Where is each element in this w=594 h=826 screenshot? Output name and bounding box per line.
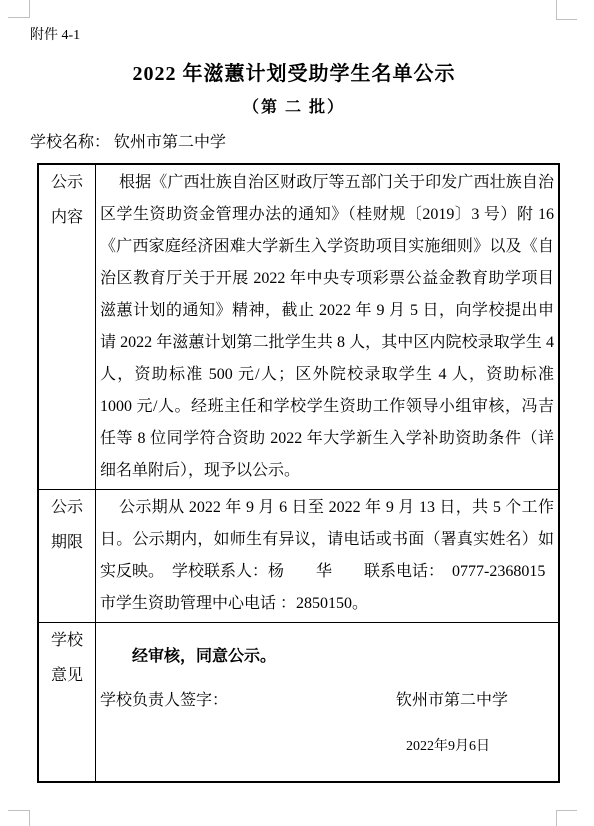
document-page: 附件 4-1 2022 年滋蕙计划受助学生名单公示 （第 二 批） 学校名称：钦… <box>0 0 594 826</box>
attachment-label: 附件 4-1 <box>30 27 558 45</box>
school-name-label: 学校名称： <box>30 134 110 151</box>
text-boundary-mark-top-left <box>8 0 30 18</box>
row-label-public-content: 公示内容 <box>50 165 84 235</box>
text-boundary-mark-top-right <box>556 0 577 20</box>
table-row-public-period: 公示期限 公示期从 2022 年 9 月 6 日至 2022 年 9 月 13 … <box>38 490 559 623</box>
row-label-cell: 学校意见 <box>38 623 96 783</box>
row-label-school-opinion: 学校意见 <box>50 623 84 693</box>
public-content-cell: 根据《广西壮族自治区财政厅等五部门关于印发广西壮族自治区学生资助资金管理办法的通… <box>96 164 560 490</box>
public-period-phone-line: 市学生资助管理中心电话 ：2850150。 <box>100 588 554 620</box>
school-name-line: 学校名称：钦州市第二中学 <box>30 133 558 153</box>
school-name-value: 钦州市第二中学 <box>114 134 226 151</box>
document-content: 附件 4-1 2022 年滋蕙计划受助学生名单公示 （第 二 批） 学校名称：钦… <box>0 27 594 783</box>
notice-table: 公示内容 根据《广西壮族自治区财政厅等五部门关于印发广西壮族自治区学生资助资金管… <box>37 163 560 783</box>
row-label-cell: 公示期限 <box>38 490 96 623</box>
public-period-paragraph: 公示期从 2022 年 9 月 6 日至 2022 年 9 月 13 日，共 5… <box>100 492 554 588</box>
table-row-public-content: 公示内容 根据《广西壮族自治区财政厅等五部门关于印发广西壮族自治区学生资助资金管… <box>38 164 559 490</box>
table-row-school-opinion: 学校意见 经审核，同意公示。 学校负责人签字： 钦州市第二中学 2022年9月6… <box>38 623 559 783</box>
approval-statement: 经审核，同意公示。 <box>100 647 554 667</box>
public-content-paragraph: 根据《广西壮族自治区财政厅等五部门关于印发广西壮族自治区学生资助资金管理办法的通… <box>100 167 554 487</box>
signature-date: 2022年9月6日 <box>406 739 490 754</box>
text-boundary-mark-bottom-left <box>8 810 30 826</box>
public-period-cell: 公示期从 2022 年 9 月 6 日至 2022 年 9 月 13 日，共 5… <box>96 490 560 623</box>
row-label-public-period: 公示期限 <box>50 490 84 560</box>
page-title: 2022 年滋蕙计划受助学生名单公示 <box>30 62 558 86</box>
school-opinion-cell: 经审核，同意公示。 学校负责人签字： 钦州市第二中学 2022年9月6日 <box>96 623 560 783</box>
signature-line: 学校负责人签字： 钦州市第二中学 <box>100 691 554 711</box>
signature-school-name: 钦州市第二中学 <box>396 691 508 711</box>
row-label-cell: 公示内容 <box>38 164 96 490</box>
signature-date-line: 2022年9月6日 <box>100 737 554 757</box>
batch-subtitle: （第 二 批） <box>30 98 558 118</box>
text-boundary-mark-bottom-right <box>556 810 577 826</box>
signature-label: 学校负责人签字： <box>100 691 228 711</box>
